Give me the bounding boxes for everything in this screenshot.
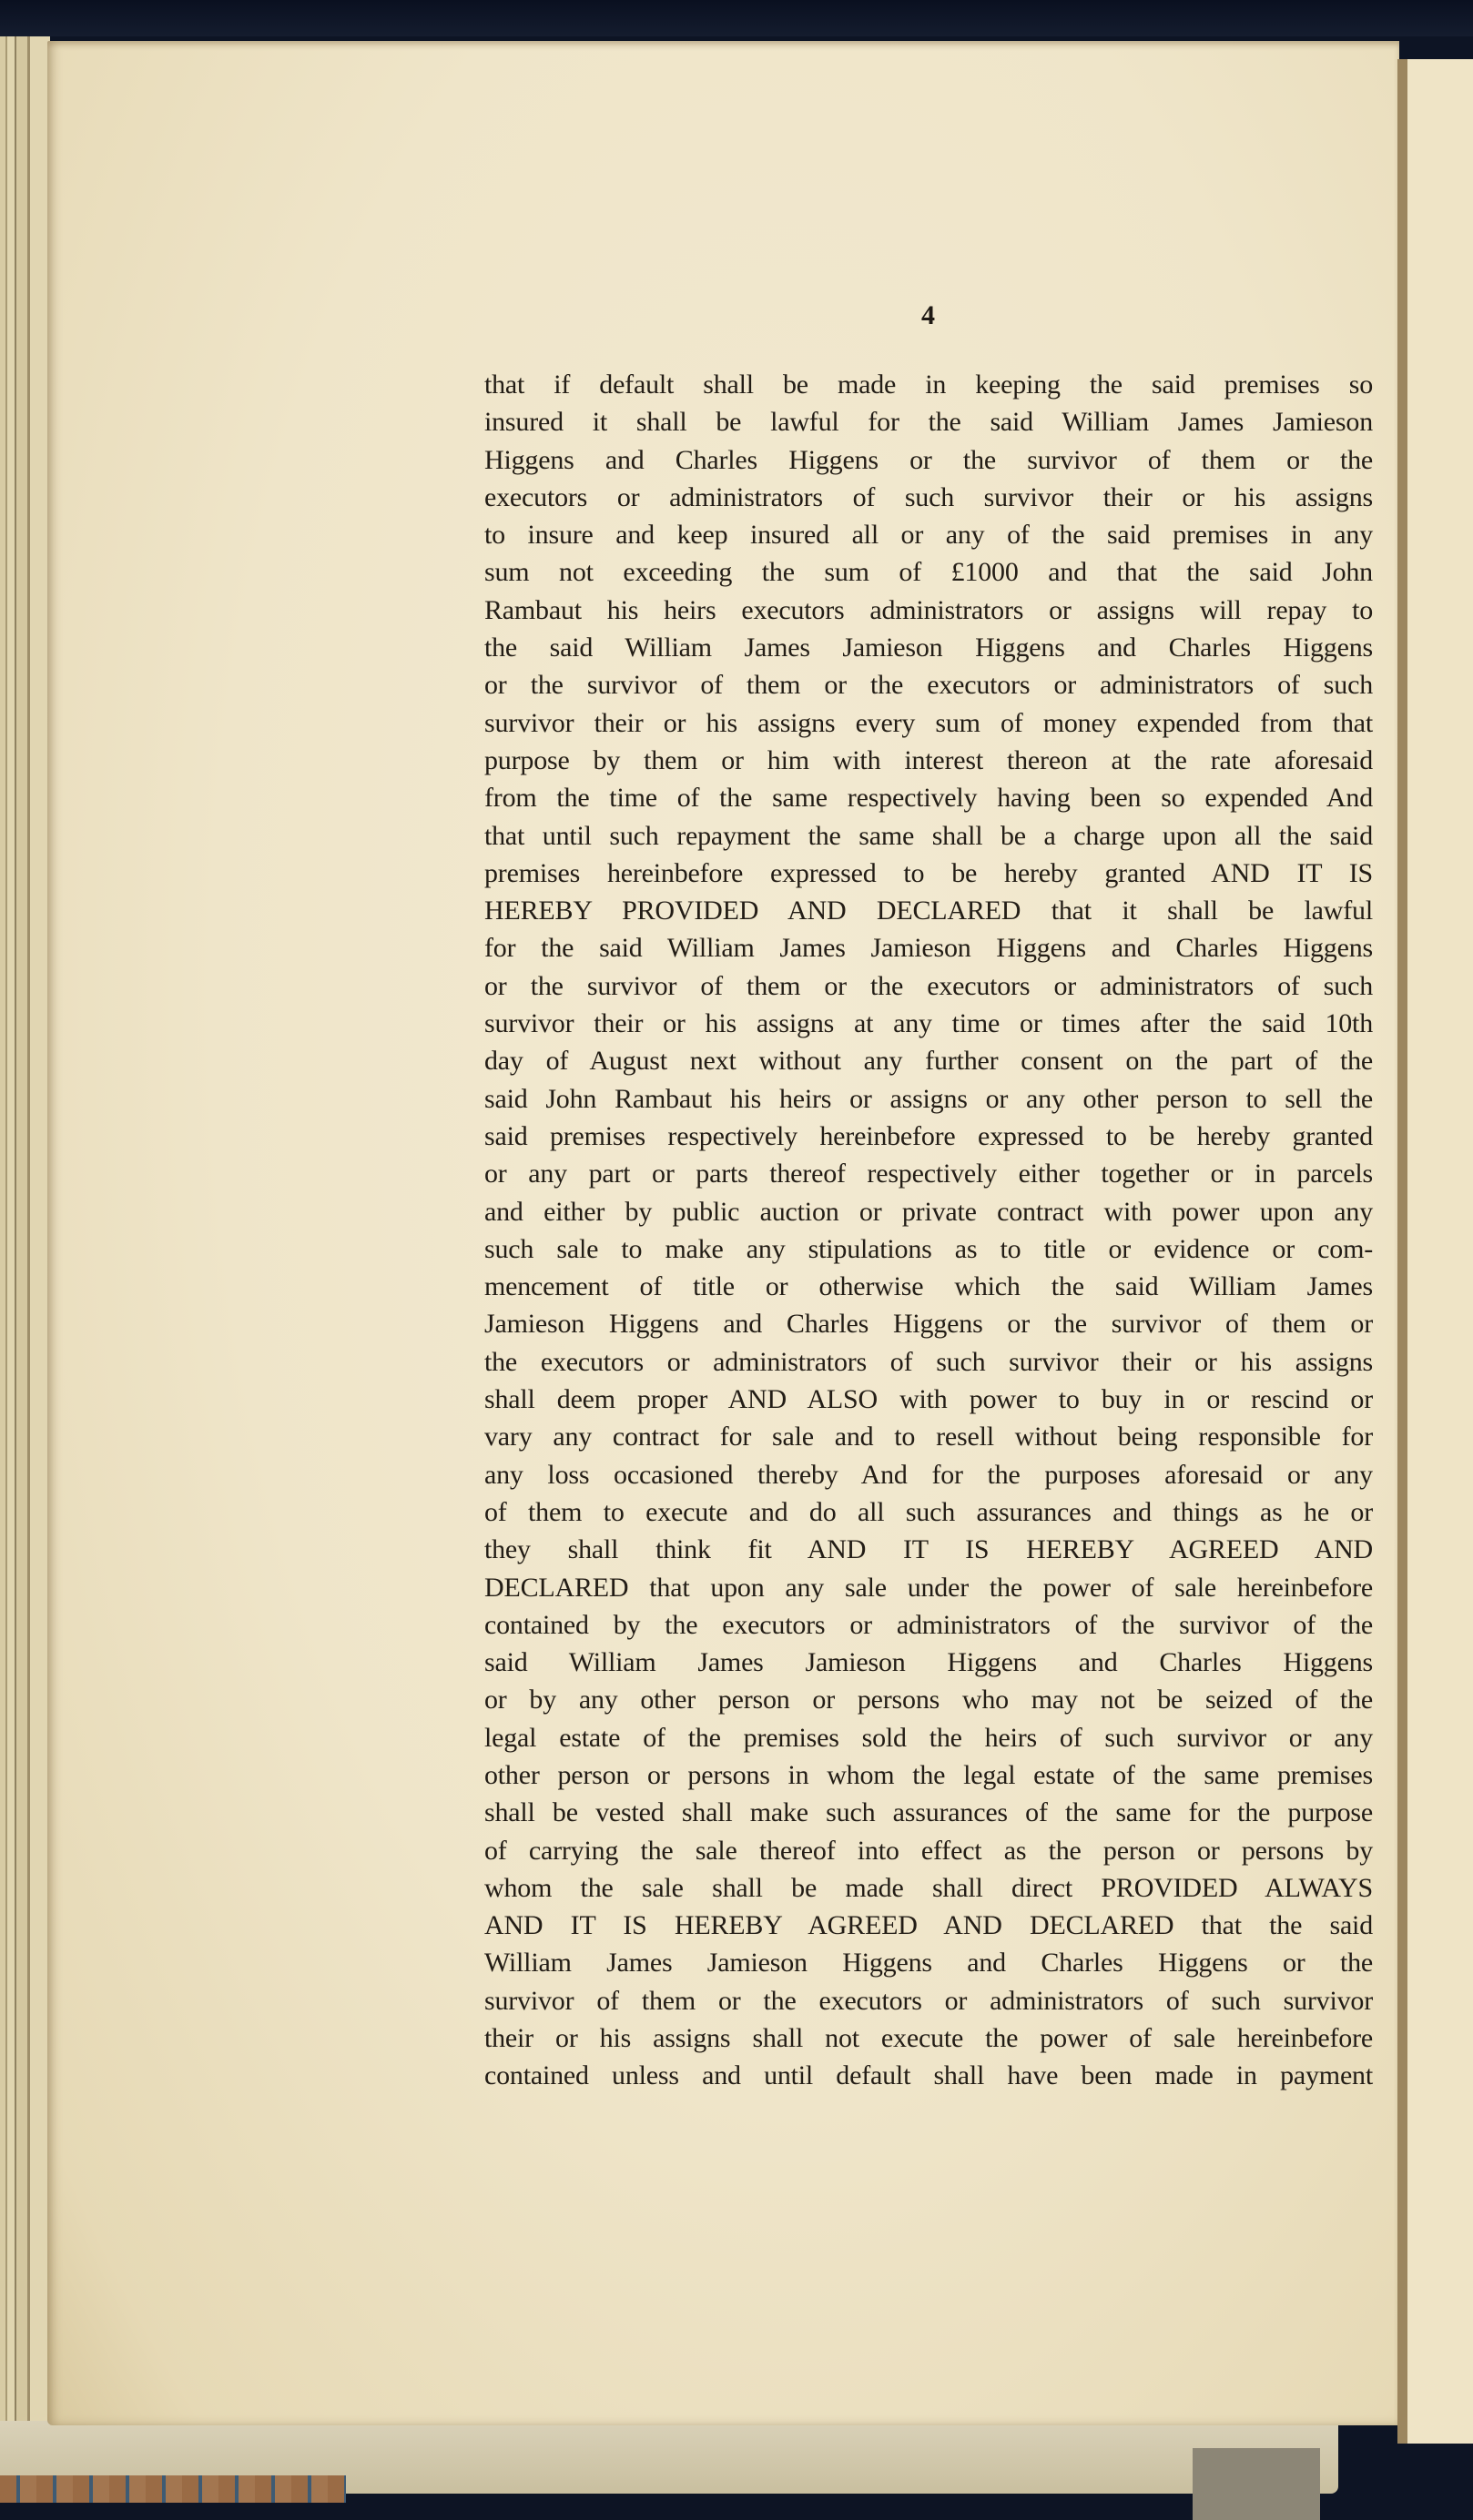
text-line: Jamieson Higgens and Charles Higgens or …: [484, 1305, 1373, 1342]
text-line: DECLARED that upon any sale under the po…: [484, 1569, 1373, 1606]
dark-background-top: [0, 0, 1473, 36]
text-line: or any part or parts thereof respectivel…: [484, 1155, 1373, 1192]
text-line: sum not exceeding the sum of £1000 and t…: [484, 553, 1373, 591]
text-line: day of August next without any further c…: [484, 1042, 1373, 1079]
text-line: contained by the executors or administra…: [484, 1606, 1373, 1644]
text-line: such sale to make any stipulations as to…: [484, 1230, 1373, 1268]
text-line: said premises respectively hereinbefore …: [484, 1118, 1373, 1155]
text-line: they shall think fit AND IT IS HEREBY AG…: [484, 1531, 1373, 1568]
text-line: whom the sale shall be made shall direct…: [484, 1869, 1373, 1907]
text-line: Higgens and Charles Higgens or the survi…: [484, 441, 1373, 479]
text-line: HEREBY PROVIDED AND DECLARED that it sha…: [484, 892, 1373, 929]
text-line: mencement of title or otherwise which th…: [484, 1268, 1373, 1305]
text-line: to insure and keep insured all or any of…: [484, 516, 1373, 553]
text-line: vary any contract for sale and to resell…: [484, 1418, 1373, 1455]
text-line: or the survivor of them or the executors…: [484, 666, 1373, 703]
text-line: of carrying the sale thereof into effect…: [484, 1832, 1373, 1869]
text-line: of them to execute and do all such assur…: [484, 1493, 1373, 1531]
text-line: for the said William James Jamieson Higg…: [484, 929, 1373, 967]
text-line: legal estate of the premises sold the he…: [484, 1719, 1373, 1756]
text-line: that if default shall be made in keeping…: [484, 366, 1373, 403]
text-line: contained unless and until default shall…: [484, 2057, 1373, 2094]
page-gutter: [1397, 59, 1407, 2444]
text-line: the executors or administrators of such …: [484, 1343, 1373, 1381]
page-number: 4: [921, 300, 935, 331]
marbled-cover-edge: [0, 2475, 346, 2503]
cover-board: [1193, 2448, 1320, 2520]
text-line: or by any other person or persons who ma…: [484, 1681, 1373, 1718]
text-line: premises hereinbefore expressed to be he…: [484, 855, 1373, 892]
stacked-page-edges: [0, 36, 50, 2421]
text-line: or the survivor of them or the executors…: [484, 967, 1373, 1005]
text-line: that until such repayment the same shall…: [484, 817, 1373, 855]
text-line: survivor of them or the executors or adm…: [484, 1982, 1373, 2019]
text-line: said William James Jamieson Higgens and …: [484, 1644, 1373, 1681]
text-line: from the time of the same respectively h…: [484, 779, 1373, 816]
text-line: their or his assigns shall not execute t…: [484, 2019, 1373, 2057]
document-body: that if default shall be made in keeping…: [484, 366, 1373, 2095]
text-line: shall deem proper AND ALSO with power to…: [484, 1381, 1373, 1418]
text-line: purpose by them or him with interest the…: [484, 742, 1373, 779]
text-line: insured it shall be lawful for the said …: [484, 403, 1373, 440]
text-line: survivor their or his assigns at any tim…: [484, 1005, 1373, 1042]
text-line: survivor their or his assigns every sum …: [484, 704, 1373, 742]
text-line: said John Rambaut his heirs or assigns o…: [484, 1080, 1373, 1118]
text-line: William James Jamieson Higgens and Charl…: [484, 1944, 1373, 1981]
text-line: AND IT IS HEREBY AGREED AND DECLARED tha…: [484, 1907, 1373, 1944]
text-line: and either by public auction or private …: [484, 1193, 1373, 1230]
text-line: shall be vested shall make such assuranc…: [484, 1794, 1373, 1831]
text-line: executors or administrators of such surv…: [484, 479, 1373, 516]
facing-page: [1407, 59, 1473, 2444]
text-line: other person or persons in whom the lega…: [484, 1756, 1373, 1794]
text-line: the said William James Jamieson Higgens …: [484, 629, 1373, 666]
text-line: any loss occasioned thereby And for the …: [484, 1456, 1373, 1493]
text-line: Rambaut his heirs executors administrato…: [484, 592, 1373, 629]
